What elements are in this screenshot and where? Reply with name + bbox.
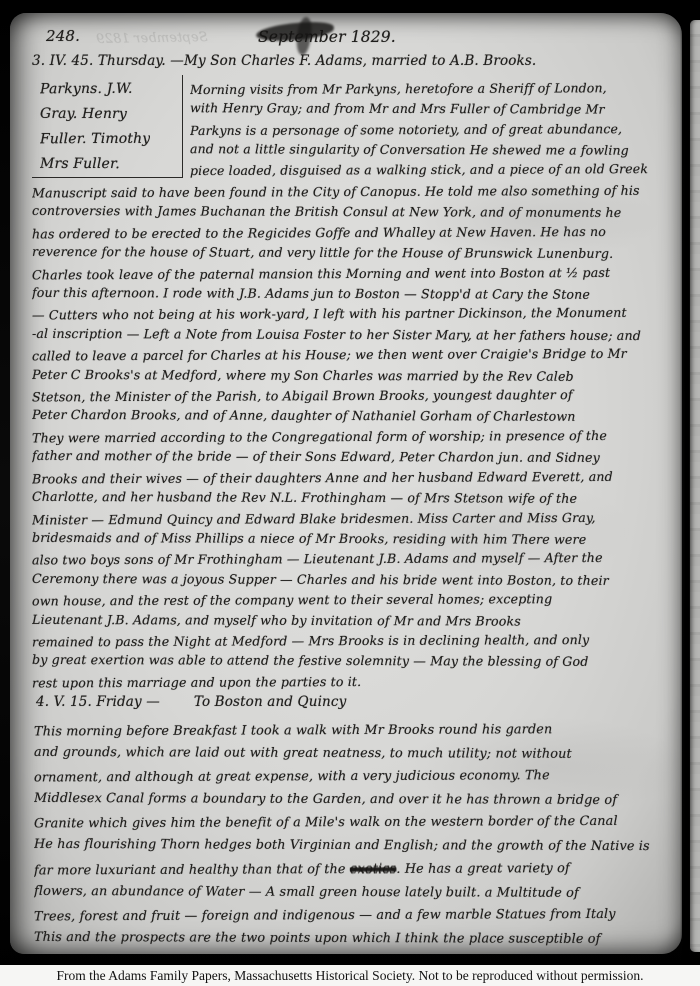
manuscript-line: father and mother of the bride — of thei… [32,446,682,469]
manuscript-line: Parkyns. J.W. [40,77,150,102]
manuscript-line: reverence for the house of Stuart, and v… [32,242,682,265]
manuscript-line: He has flourishing Thorn hedges both Vir… [34,833,682,858]
entry1-date: 3. IV. 45. Thursday. — [32,53,184,69]
manuscript-line: also two boys sons of Mr Frothingham — L… [32,548,682,571]
manuscript-line: with Henry Gray; and from Mr and Mrs Ful… [190,98,676,120]
manuscript-line: Minister — Edmund Quincy and Edward Blak… [32,507,682,530]
archive-caption-band: From the Adams Family Papers, Massachuse… [0,965,700,986]
manuscript-line: Ceremony there was a joyous Supper — Cha… [32,569,682,592]
entry1-heading: 3. IV. 45. Thursday. —My Son Charles F. … [32,53,536,69]
manuscript-line: Lieutenant J.B. Adams, and myself who by… [32,609,682,632]
entry1-body-text: Manuscript said to have been found in th… [32,182,682,692]
manuscript-line: Peter C Brooks's at Medford, where my So… [32,365,682,388]
manuscript-page: September 1829 248. September 1829. 3. I… [10,13,682,954]
manuscript-line: called to leave a parcel for Charles at … [32,344,682,367]
manuscript-line: Trees, forest and fruit — foreign and in… [34,902,682,928]
manuscript-line: They were married according to the Congr… [32,425,682,448]
manuscript-line: Morning visits from Mr Parkyns, heretofo… [190,78,676,100]
manuscript-line: Fuller. Timothy [40,127,150,152]
manuscript-line: and not a little singularity of Conversa… [190,139,676,161]
entry1-indented-text: Morning visits from Mr Parkyns, heretofo… [190,79,676,180]
entry2-date: 4. V. 15. Friday — [36,694,160,710]
manuscript-line: Brooks and their wives — of their daught… [32,466,682,489]
manuscript-line: ornament, and although at great expense,… [34,764,682,790]
manuscript-line: has ordered to be erected to the Regicid… [32,221,682,244]
margin-visitor-names: Parkyns. J.W.Gray. HenryFuller. TimothyM… [40,77,150,177]
manuscript-line: by great exertion was able to attend the… [32,650,682,673]
entry2-body-text: This morning before Breakfast I took a w… [34,719,682,950]
struck-out-word: exotics [350,861,397,876]
manuscript-line: — Cutters who not being at his work-yard… [32,303,682,326]
bleedthrough-text: September 1829 [96,30,208,47]
entry2-heading: 4. V. 15. Friday —To Boston and Quincy [36,694,346,710]
manuscript-line: This morning before Breakfast I took a w… [34,718,682,744]
manuscript-line: Mrs Fuller. [40,152,150,177]
manuscript-line: rest upon this marriage and upon the par… [32,670,682,693]
line-segment: . He has a great variety of [396,861,570,877]
line-segment: far more luxuriant and healthy than that… [34,862,350,878]
manuscript-line: Middlesex Canal forms a boundary to the … [34,787,682,812]
manuscript-line: Peter Chardon Brooks, and of Anne, daugh… [32,405,682,428]
archive-caption-text: From the Adams Family Papers, Massachuse… [56,968,643,984]
manuscript-line: This and the prospects are the two point… [34,926,682,951]
entry1-headline: My Son Charles F. Adams, married to A.B.… [184,53,536,69]
adjacent-page-sliver [690,20,700,952]
entry2-headline: To Boston and Quincy [194,694,347,710]
manuscript-line: -al inscription — Left a Note from Louis… [32,324,682,347]
manuscript-line: Granite which gives him the benefit of a… [34,810,682,836]
page-number: 248. [46,27,80,45]
manuscript-line: and grounds, which are laid out with gre… [34,741,682,766]
manuscript-line: controversies with James Buchanan the Br… [32,201,682,224]
manuscript-line: flowers, an abundance of Water — A small… [34,880,682,905]
manuscript-line: Charlotte, and her husband the Rev N.L. … [32,487,682,510]
manuscript-line: Charles took leave of the paternal mansi… [32,262,682,285]
page-gutter-shadow [680,0,689,966]
manuscript-line: piece loaded, disguised as a walking sti… [190,159,676,181]
manuscript-line: far more luxuriant and healthy than that… [34,856,682,882]
manuscript-line: own house, and the rest of the company w… [32,589,682,612]
manuscript-photo: September 1829 248. September 1829. 3. I… [0,0,700,986]
manuscript-line: Parkyns is a personage of some notoriety… [190,119,676,141]
manuscript-line: Gray. Henry [40,102,150,127]
